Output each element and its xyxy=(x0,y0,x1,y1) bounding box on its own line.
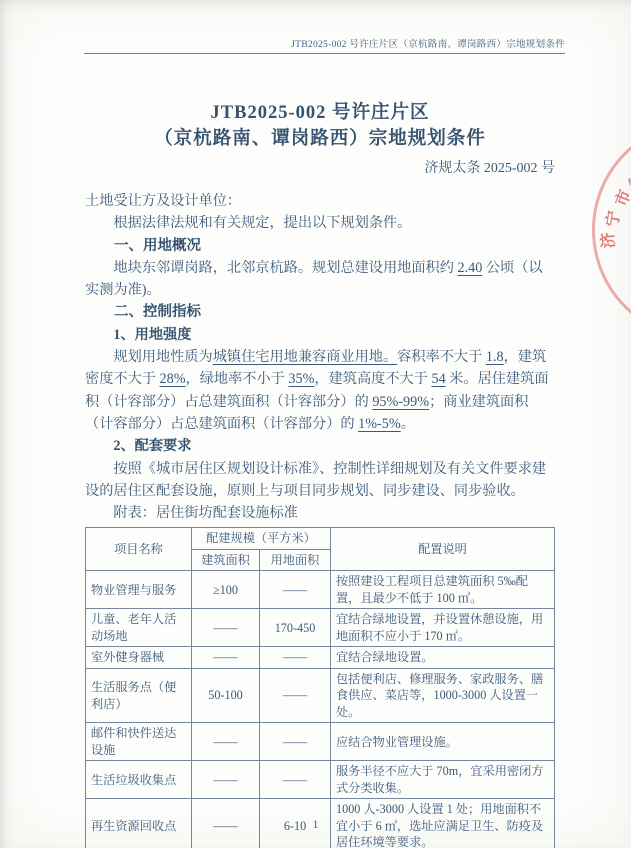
cell-floor-area: 50-100 xyxy=(192,668,260,723)
header-cell-floor-area: 建筑面积 xyxy=(192,549,260,571)
document-title-line1: JTB2025-002 号许庄片区 xyxy=(85,100,555,126)
cell-project: 生活垃圾收集点 xyxy=(86,761,192,799)
cell-land-area: —— xyxy=(260,761,331,799)
running-header-title: JTB2025-002 号许庄片区（京杭路南、谭岗路西）宗地规划条件 xyxy=(84,36,565,50)
salutation: 土地受让方及设计单位： xyxy=(85,190,555,212)
cell-description: 宜结合绿地设置。 xyxy=(331,647,555,669)
cell-floor-area: —— xyxy=(192,723,260,761)
document-number: 济规太条 2025-002 号 xyxy=(85,157,555,177)
facilities-table: 项目名称 配建规模（平方米） 配置说明 建筑面积 用地面积 物业管理与服务 ≥1… xyxy=(85,527,555,848)
cell-project: 生活服务点（便利店） xyxy=(86,668,192,723)
section1-paragraph: 地块东邻谭岗路，北邻京杭路。规划总建设用地面积约 2.40 公顷（以实测为准)。 xyxy=(85,257,555,302)
official-seal-stamp: 济 宁 市 行 xyxy=(592,120,631,340)
table-row: 生活垃圾收集点 —— —— 服务半径不应大于 70m，宜采用密闭方式分类收集。 xyxy=(86,761,555,799)
subsection1-heading: 1、用地强度 xyxy=(85,324,555,346)
title-block: JTB2025-002 号许庄片区 （京杭路南、谭岗路西）宗地规划条件 济规太条… xyxy=(85,100,555,177)
header-cell-land-area: 用地面积 xyxy=(260,549,331,571)
header-cell-scale-group: 配建规模（平方米） xyxy=(192,528,331,550)
facilities-table-body: 物业管理与服务 ≥100 —— 按照建设工程项目总建筑面积 5‰配置，且最少不低… xyxy=(86,571,555,848)
cell-floor-area: —— xyxy=(192,609,260,647)
running-header: JTB2025-002 号许庄片区（京杭路南、谭岗路西）宗地规划条件 xyxy=(84,36,565,54)
document-title-line2: （京杭路南、谭岗路西）宗地规划条件 xyxy=(85,126,555,152)
cell-land-area: —— xyxy=(260,668,331,723)
cell-project: 物业管理与服务 xyxy=(86,571,192,609)
table-caption: 附表：居住街坊配套设施标准 xyxy=(85,502,555,524)
document-body: 土地受让方及设计单位： 根据法律法规和有关规定，提出以下规划条件。 一、用地概况… xyxy=(85,190,555,848)
cell-land-area: —— xyxy=(260,647,331,669)
intro-paragraph: 根据法律法规和有关规定，提出以下规划条件。 xyxy=(85,212,555,234)
cell-project: 邮件和快件送达设施 xyxy=(86,723,192,761)
cell-land-area: 170-450 xyxy=(260,609,331,647)
cell-land-area: —— xyxy=(260,723,331,761)
cell-floor-area: —— xyxy=(192,647,260,669)
table-row: 邮件和快件送达设施 —— —— 应结合物业管理设施。 xyxy=(86,723,555,761)
facilities-table-head: 项目名称 配建规模（平方米） 配置说明 建筑面积 用地面积 xyxy=(86,528,555,571)
stamp-character: 宁 xyxy=(599,209,624,228)
cell-project: 儿童、老年人活动场地 xyxy=(86,609,192,647)
cell-description: 按照建设工程项目总建筑面积 5‰配置，且最少不低于 100 ㎡。 xyxy=(331,571,555,609)
subsection2-heading: 2、配套要求 xyxy=(85,435,555,457)
cell-description: 服务半径不应大于 70m，宜采用密闭方式分类收集。 xyxy=(331,761,555,799)
subsection2-paragraph: 按照《城市居住区规划设计标准》、控制性详细规划及有关文件要求建设的居住区配套设施… xyxy=(85,458,555,503)
cell-project: 室外健身器械 xyxy=(86,647,192,669)
cell-floor-area: —— xyxy=(192,761,260,799)
header-rule xyxy=(84,53,565,54)
table-row: 儿童、老年人活动场地 —— 170-450 宜结合绿地设置，并设置休憩设施，用地… xyxy=(86,609,555,647)
table-row: 生活服务点（便利店） 50-100 —— 包括便利店、修理服务、家政服务、膳食供… xyxy=(86,668,555,723)
section2-heading: 二、控制指标 xyxy=(85,301,555,323)
stamp-character: 市 xyxy=(608,186,631,209)
page-number: 1 xyxy=(0,817,631,832)
cell-floor-area: ≥100 xyxy=(192,571,260,609)
header-cell-description: 配置说明 xyxy=(331,528,555,571)
cell-description: 宜结合绿地设置，并设置休憩设施，用地面积不应小于 170 ㎡。 xyxy=(331,609,555,647)
cell-land-area: —— xyxy=(260,571,331,609)
cell-description: 包括便利店、修理服务、家政服务、膳食供应、菜店等，1000-3000 人设置一处… xyxy=(331,668,555,723)
section1-heading: 一、用地概况 xyxy=(85,235,555,257)
stamp-character: 济 xyxy=(595,232,619,250)
header-cell-project: 项目名称 xyxy=(86,528,192,571)
document-page: JTB2025-002 号许庄片区（京杭路南、谭岗路西）宗地规划条件 JTB20… xyxy=(0,0,631,848)
table-header-row: 项目名称 配建规模（平方米） 配置说明 xyxy=(86,528,555,550)
subsection1-paragraph: 规划用地性质为城镇住宅用地兼容商业用地。容积率不大于 1.8，建筑密度不大于 2… xyxy=(85,346,555,435)
table-row: 物业管理与服务 ≥100 —— 按照建设工程项目总建筑面积 5‰配置，且最少不低… xyxy=(86,571,555,609)
cell-description: 应结合物业管理设施。 xyxy=(331,723,555,761)
table-row: 室外健身器械 —— —— 宜结合绿地设置。 xyxy=(86,647,555,669)
